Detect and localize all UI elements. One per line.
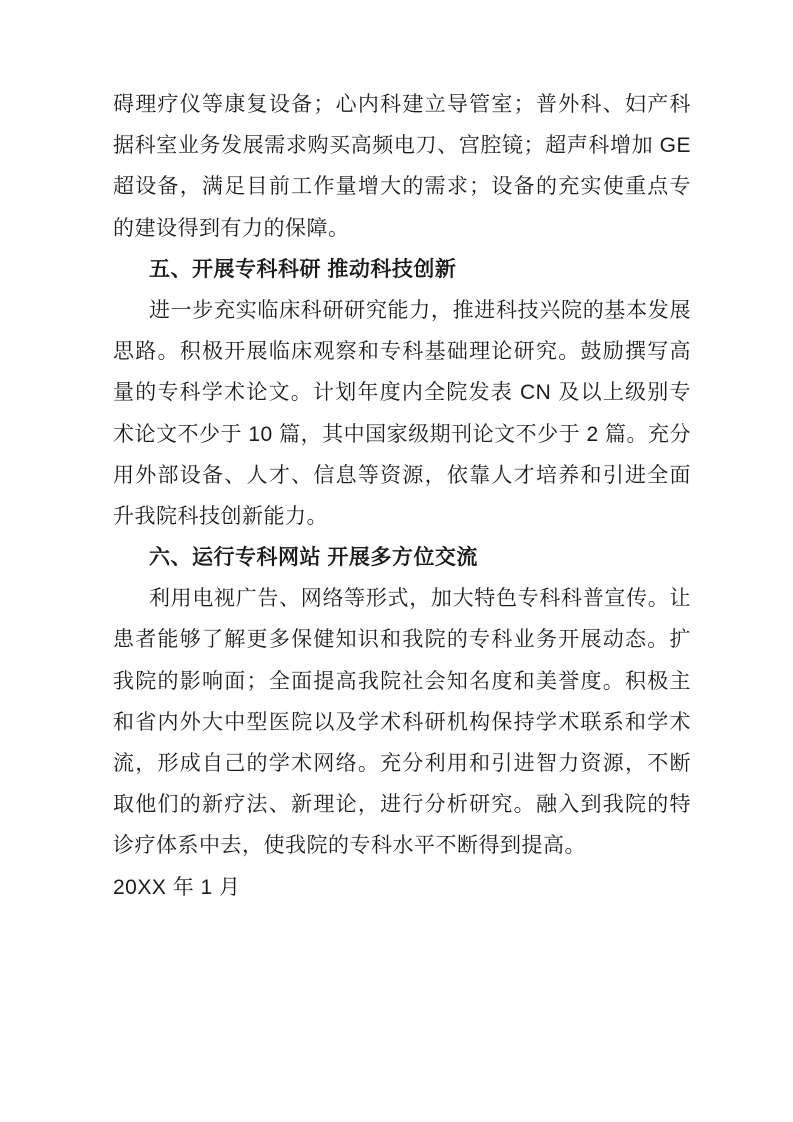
paragraph-line: 和省内外大中型医院以及学术科研机构保持学术联系和学术交 bbox=[113, 702, 691, 743]
paragraph-line: 用外部设备、人才、信息等资源，依靠人才培养和引进全面提 bbox=[113, 455, 691, 496]
paragraph-line: 碍理疗仪等康复设备；心内科建立导管室；普外科、妇产科根 bbox=[113, 84, 691, 125]
section-heading: 六、运行专科网站 开展多方位交流 bbox=[113, 537, 691, 578]
paragraph-line: 升我院科技创新能力。 bbox=[113, 496, 691, 537]
paragraph-line: 的建设得到有力的保障。 bbox=[113, 208, 691, 249]
paragraph-line: 取他们的新疗法、新理论，进行分析研究。融入到我院的特色 bbox=[113, 784, 691, 825]
paragraph-line: 超设备，满足目前工作量增大的需求；设备的充实使重点专科 bbox=[113, 166, 691, 207]
paragraph-line: 患者能够了解更多保健知识和我院的专科业务开展动态。扩大 bbox=[113, 619, 691, 660]
paragraph-line: 流，形成自己的学术网络。充分利用和引进智力资源，不断汲 bbox=[113, 743, 691, 784]
paragraph-line: 量的专科学术论文。计划年度内全院发表 CN 及以上级别专科学 bbox=[113, 372, 691, 413]
paragraph-line: 诊疗体系中去，使我院的专科水平不断得到提高。 bbox=[113, 825, 691, 866]
date-line: 20XX 年 1 月 bbox=[113, 867, 691, 908]
section-heading: 五、开展专科科研 推动科技创新 bbox=[113, 249, 691, 290]
document-page: 碍理疗仪等康复设备；心内科建立导管室；普外科、妇产科根据科室业务发展需求购买高频… bbox=[0, 0, 793, 1122]
paragraph-line: 进一步充实临床科研研究能力，推进科技兴院的基本发展 bbox=[113, 290, 691, 331]
document-content: 碍理疗仪等康复设备；心内科建立导管室；普外科、妇产科根据科室业务发展需求购买高频… bbox=[113, 84, 691, 908]
paragraph-line: 利用电视广告、网络等形式，加大特色专科科普宣传。让 bbox=[113, 578, 691, 619]
paragraph-line: 思路。积极开展临床观察和专科基础理论研究。鼓励撰写高质 bbox=[113, 331, 691, 372]
paragraph-line: 据科室业务发展需求购买高频电刀、宫腔镜；超声科增加 GE 彩 bbox=[113, 125, 691, 166]
paragraph-line: 我院的影响面；全面提高我院社会知名度和美誉度。积极主动 bbox=[113, 661, 691, 702]
paragraph-line: 术论文不少于 10 篇，其中国家级期刊论文不少于 2 篇。充分利 bbox=[113, 414, 691, 455]
